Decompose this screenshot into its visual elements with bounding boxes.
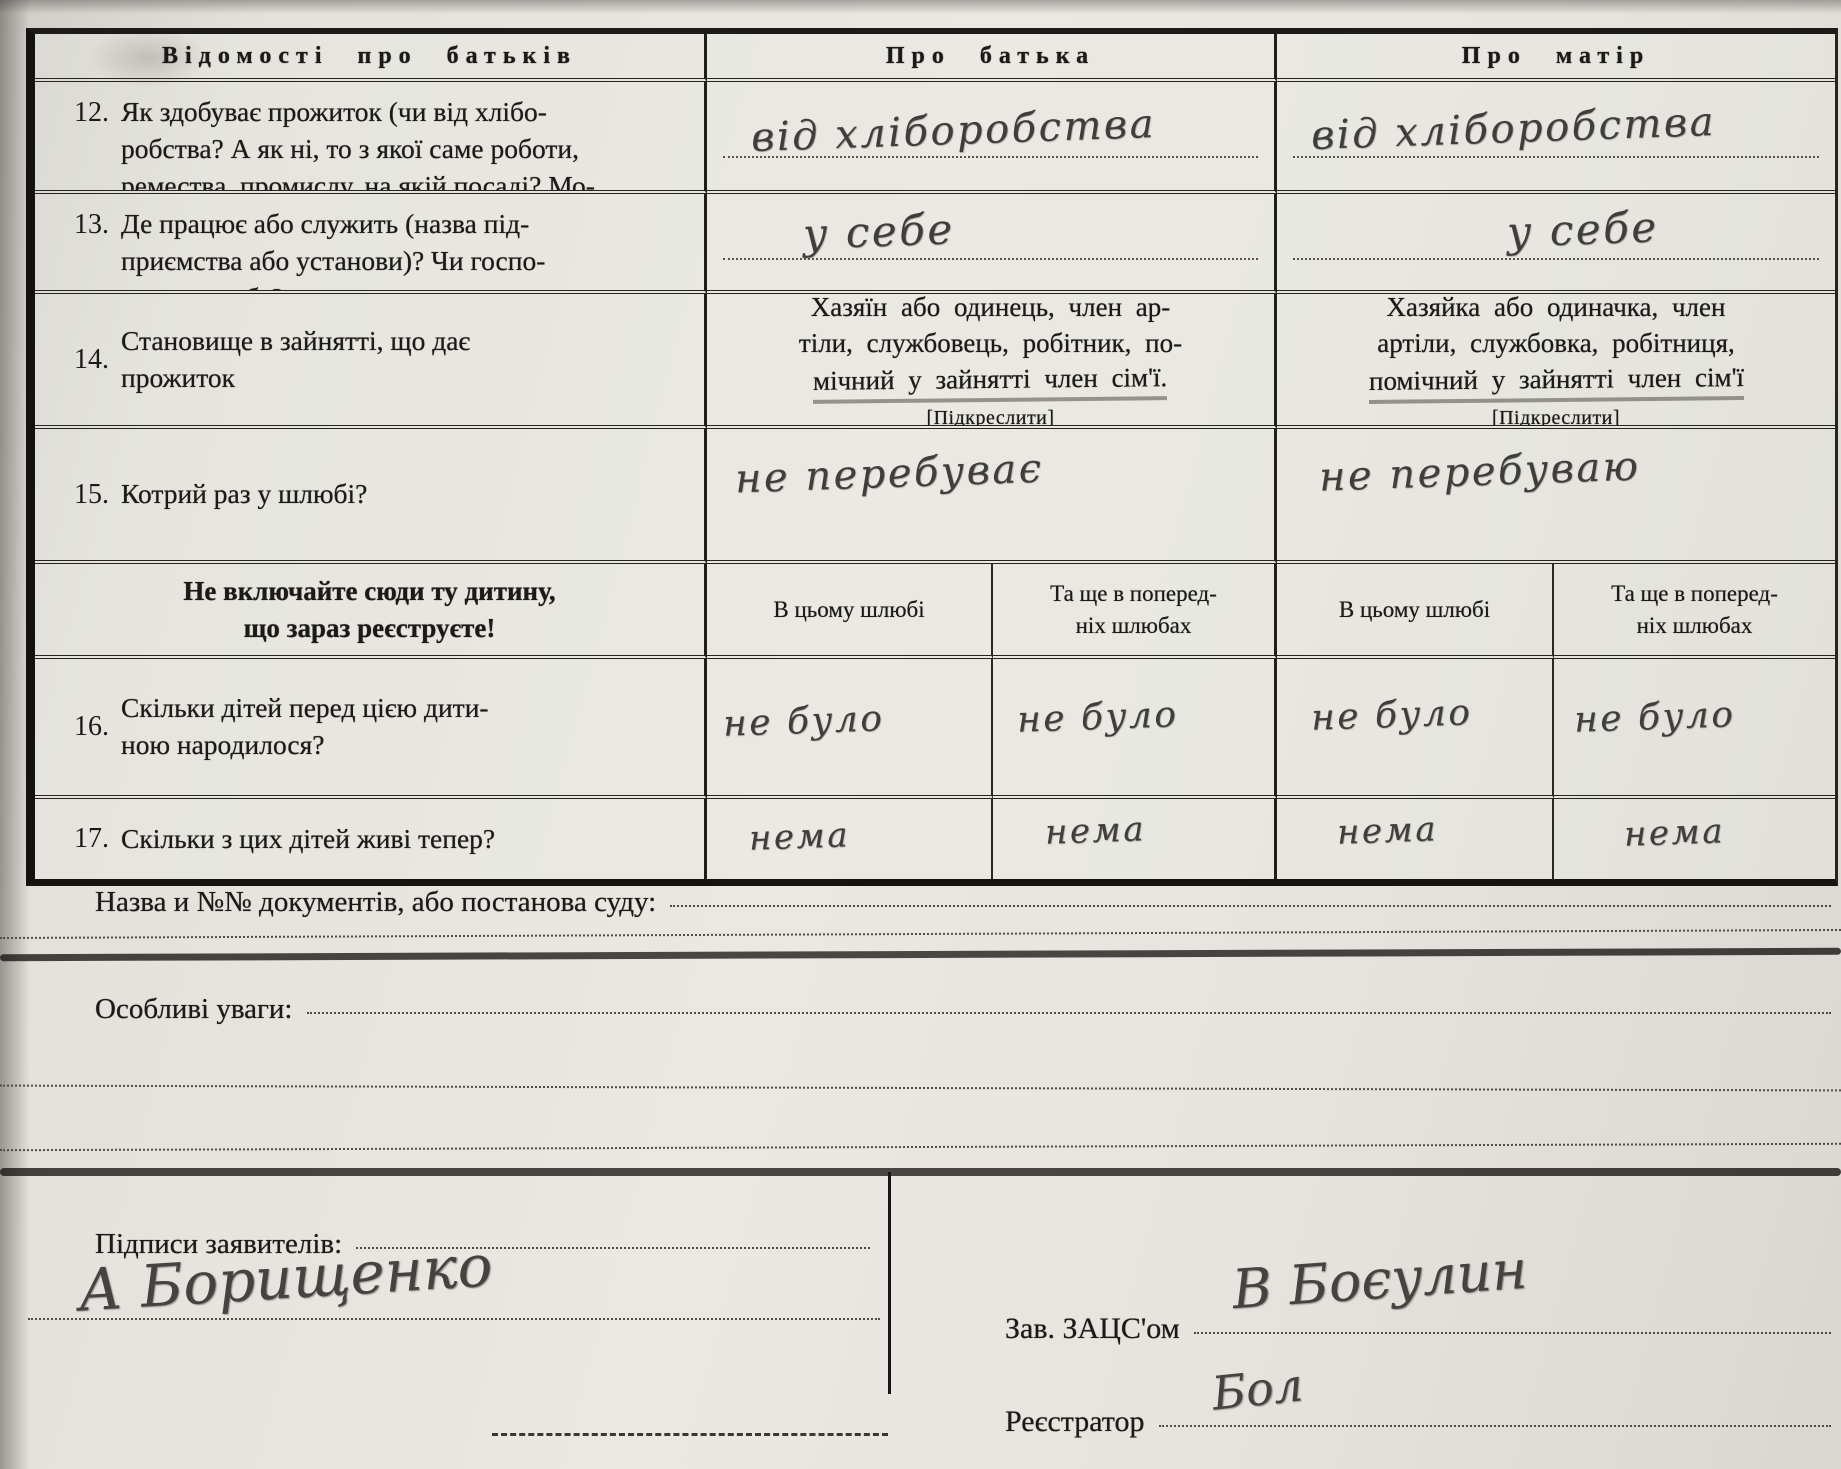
parents-info-table: Відомості про батьків Про батька Про мат… — [26, 28, 1838, 886]
answer-17-father-current: нема — [707, 799, 993, 879]
question-15: 15. Котрий раз у шлюбі? — [35, 429, 707, 564]
handwritten-answer: нема — [1336, 809, 1438, 852]
handwritten-answer: не було — [1573, 694, 1736, 741]
marriage-previous-header-mother: Та ще в поперед- ніх шлюбах — [1554, 564, 1835, 659]
handwritten-answer-13-father: у себе — [802, 204, 955, 258]
blank-ruled-line — [0, 929, 1841, 939]
handwritten-answer-12-father: від хліборобства — [750, 101, 1156, 161]
handwritten-answer: не було — [1016, 694, 1179, 741]
handwritten-answer: нема — [748, 815, 850, 858]
occupation-option-line: Хазяїн або одинець, член ар- — [811, 294, 1171, 326]
question-15-number: 15. — [49, 476, 121, 514]
zags-head-label: Зав. ЗАЦС'ом — [1005, 1312, 1180, 1346]
zags-head-row: Зав. ЗАЦС'ом — [1005, 1312, 1831, 1346]
question-13-number: 13. — [49, 206, 121, 284]
marriage-current-header-mother: В цьому шлюбі — [1277, 564, 1554, 659]
zags-head-signature: В Боєулин — [1230, 1238, 1529, 1321]
question-14: 14. Становище в зайнятті, що дає прожито… — [35, 294, 707, 429]
blank-ruled-line — [0, 1143, 1841, 1151]
handwritten-answer: не було — [1310, 692, 1473, 739]
question-13: 13. Де працює або служить (назва під- пр… — [35, 194, 707, 294]
question-12: 12. Як здобуває прожиток (чи від хлібо- … — [35, 82, 707, 194]
question-13-text: Де працює або служить (назва під- приємс… — [121, 206, 545, 284]
question-17-number: 17. — [49, 820, 121, 858]
documents-label: Назва и №№ документів, або постанова суд… — [95, 886, 656, 919]
marriage-current-header-father: В цьому шлюбі — [707, 564, 993, 659]
marriage-previous-header-father: Та ще в поперед- ніх шлюбах — [993, 564, 1277, 659]
answer-ruled-line — [1293, 258, 1819, 260]
remarks-row: Особливі уваги: — [95, 993, 1831, 1026]
occupation-options-mother: Хазяйка або одиначка, член артіли, служб… — [1277, 294, 1835, 429]
occupation-options-father: Хазяїн або одинець, член ар- тіли, служб… — [707, 294, 1277, 429]
occupation-option-underlined: мічний у зайнятті член сім'ї. — [813, 360, 1167, 404]
answer-16-mother-current: не було — [1277, 659, 1554, 799]
signature-area-divider — [888, 1172, 891, 1394]
handwritten-answer-15-father: не перебуває — [734, 446, 1044, 503]
occupation-option-line: тіли, службовець, робітник, по- — [799, 326, 1182, 362]
marriage-note: Не включайте сюди ту дитину, що зараз ре… — [35, 564, 707, 659]
question-17-text: Скільки з цих дітей живі тепер? — [121, 821, 495, 858]
handwritten-answer-15-mother: не перебуваю — [1318, 443, 1641, 500]
answer-16-mother-previous: не було — [1554, 659, 1835, 799]
answer-17-mother-previous: нема — [1554, 799, 1835, 879]
answer-12-father: від хліборобства — [707, 82, 1277, 194]
question-16-number: 16. — [49, 708, 121, 746]
question-14-number: 14. — [49, 341, 121, 379]
registrar-signature: Бол — [1209, 1357, 1305, 1420]
answer-13-father: у себе — [707, 194, 1277, 294]
answer-17-mother-current: нема — [1277, 799, 1554, 879]
question-12-number: 12. — [49, 94, 121, 184]
answer-13-mother: у себе — [1277, 194, 1835, 294]
handwritten-answer: нема — [1623, 811, 1725, 854]
question-16-text: Скільки дітей перед цією дити- ною народ… — [121, 690, 489, 764]
zags-head-dotted-line — [1194, 1332, 1831, 1334]
scan-top-shadow — [0, 0, 1841, 14]
occupation-option-line: Хазяйка або одиначка, член — [1387, 294, 1726, 326]
registrar-dotted-line — [1159, 1425, 1831, 1427]
handwritten-answer-12-mother: від хліборобства — [1310, 99, 1716, 159]
answer-15-father: не перебуває — [707, 429, 1277, 564]
handwritten-answer-13-mother: у себе — [1506, 202, 1659, 256]
registrar-row: Реєстратор — [1005, 1405, 1831, 1439]
header-mother-column: Про матір — [1277, 34, 1835, 82]
paper-fold-crease — [0, 1168, 1841, 1176]
documents-dotted-line — [670, 905, 1831, 907]
blank-ruled-line — [0, 1085, 1841, 1092]
handwritten-answer: нема — [1044, 809, 1146, 852]
handwritten-answer: не було — [722, 698, 885, 745]
applicant-signature-line — [28, 1318, 880, 1320]
blank-solid-line — [492, 1433, 888, 1436]
remarks-label: Особливі уваги: — [95, 993, 293, 1026]
registration-form-page: { "header": { "info": "Відомості про бат… — [0, 0, 1841, 1469]
occupation-option-underlined: помічний у зайнятті член сім'ї — [1369, 360, 1744, 404]
question-16: 16. Скільки дітей перед цією дити- ною н… — [35, 659, 707, 799]
answer-16-father-current: не було — [707, 659, 993, 799]
question-15-text: Котрий раз у шлюбі? — [121, 476, 367, 513]
documents-row: Назва и №№ документів, або постанова суд… — [95, 886, 1831, 919]
underline-instruction-father: [Підкреслити] — [926, 405, 1054, 429]
underline-instruction-mother: [Підкреслити] — [1492, 405, 1620, 429]
header-info-column: Відомості про батьків — [35, 34, 707, 82]
answer-15-mother: не перебуваю — [1277, 429, 1835, 564]
question-17: 17. Скільки з цих дітей живі тепер? — [35, 799, 707, 879]
answer-17-father-previous: нема — [993, 799, 1277, 879]
answer-12-mother: від хліборобства — [1277, 82, 1835, 194]
question-12-text: Як здобуває прожиток (чи від хлібо- робс… — [121, 94, 595, 184]
paper-fold-crease — [0, 948, 1841, 961]
header-father-column: Про батька — [707, 34, 1277, 82]
question-14-text: Становище в зайнятті, що дає прожиток — [121, 323, 470, 397]
occupation-option-line: артіли, службовка, робітниця, — [1377, 326, 1735, 362]
registrar-label: Реєстратор — [1005, 1405, 1145, 1439]
remarks-dotted-line — [307, 1012, 1832, 1014]
answer-16-father-previous: не було — [993, 659, 1277, 799]
